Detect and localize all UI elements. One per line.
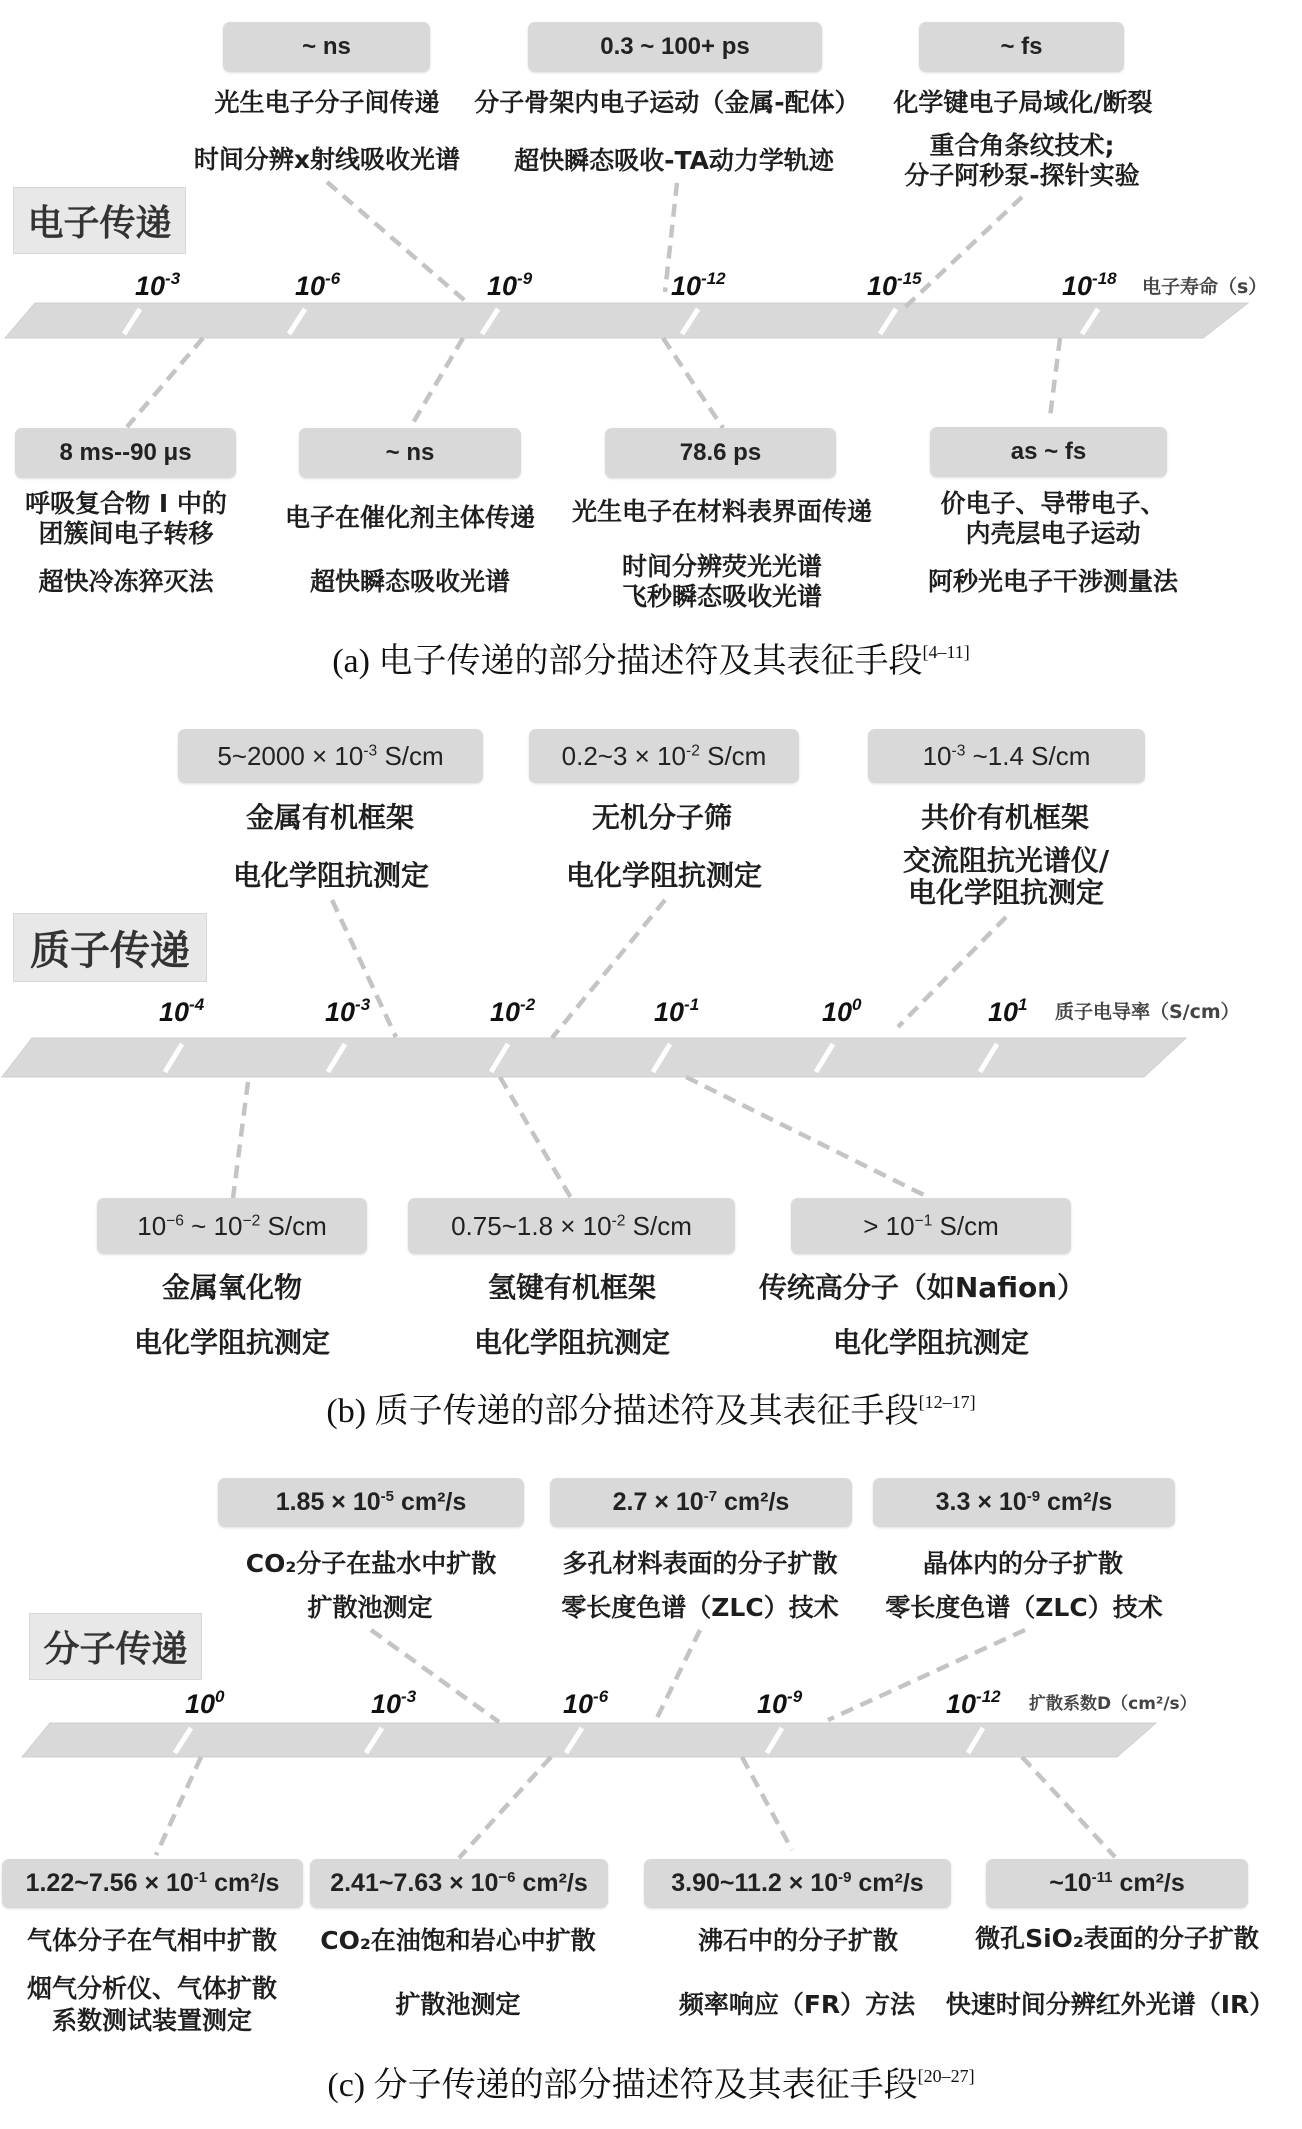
value-box: 3.90~11.2 × 10-9 cm²/s: [644, 1859, 951, 1908]
figure-caption: (c) 分子传递的部分描述符及其表征手段[20–27]: [0, 2066, 1302, 2106]
tick-exponent: -15: [897, 269, 922, 288]
process-description: 沸石中的分子扩散: [698, 1926, 898, 1956]
tick-base: 10: [988, 997, 1018, 1027]
characterization-method: 电化学阻抗测定: [566, 860, 762, 892]
caption-text: (c) 分子传递的部分描述符及其表征手段: [327, 2067, 917, 2104]
caption-reference: [4–11]: [922, 642, 969, 662]
tick-base: 10: [822, 997, 852, 1027]
process-description: CO₂在油饱和岩心中扩散: [320, 1926, 596, 1956]
description-line: 共价有机框架: [921, 802, 1089, 834]
process-description: 分子骨架内电子运动（金属-配体）: [474, 88, 859, 118]
axis-tick-label: 10-9: [757, 1691, 802, 1718]
value-box: 5~2000 × 10-3 S/cm: [178, 729, 483, 783]
characterization-method: 超快瞬态吸收光谱: [310, 567, 510, 597]
figure-caption: (a) 电子传递的部分描述符及其表征手段[4–11]: [0, 642, 1302, 682]
tick-base: 10: [563, 1689, 593, 1719]
value-unit: cm²/s: [516, 1869, 588, 1897]
value-unit: S/cm: [700, 741, 766, 771]
description-line: 晶体内的分子扩散: [923, 1549, 1123, 1579]
process-description: 化学键电子局域化/断裂: [893, 88, 1152, 118]
value-main: 5~2000 × 10: [217, 741, 363, 771]
value-text: 78.6 ps: [680, 439, 761, 467]
axis-tick-label: 10-6: [563, 1691, 608, 1718]
value-text: 8 ms--90 μs: [59, 439, 191, 467]
value-text: 10−6 ~ 10−2 S/cm: [137, 1211, 327, 1242]
method-line: 电化学阻抗测定: [833, 1327, 1029, 1359]
axis-unit-label: 电子寿命（s）: [1142, 276, 1267, 298]
tick-base: 10: [671, 271, 701, 301]
section-label: 分子传递: [29, 1613, 202, 1680]
tick-exponent: -6: [593, 1687, 608, 1706]
electron-axis: [5, 303, 1248, 338]
value-main: ~10: [1049, 1869, 1091, 1897]
description-line: 光生电子分子间传递: [214, 88, 439, 118]
value-box: > 10−1 S/cm: [791, 1198, 1071, 1254]
value-text: ~ fs: [1000, 33, 1042, 61]
value-unit: S/cm: [260, 1211, 326, 1241]
proton-axis: [2, 1038, 1186, 1077]
description-line: 团簇间电子转移: [25, 519, 227, 549]
method-line: 时间分辨荧光光谱: [622, 552, 822, 582]
tick-base: 10: [325, 997, 355, 1027]
value-text: 3.90~11.2 × 10-9 cm²/s: [671, 1869, 923, 1898]
value-exponent: -1: [194, 1869, 207, 1886]
value-main: 3.3 × 10: [936, 1488, 1027, 1516]
description-line: 无机分子筛: [592, 802, 732, 834]
tick-base: 10: [135, 271, 165, 301]
value-main: 2.7 × 10: [613, 1488, 704, 1516]
value-box: 10-3 ~1.4 S/cm: [868, 729, 1145, 783]
description-line: 沸石中的分子扩散: [698, 1926, 898, 1956]
axis-tick-label: 10-12: [946, 1691, 1001, 1718]
characterization-method: 时间分辨荧光光谱 飞秒瞬态吸收光谱: [622, 552, 822, 612]
value-text: 2.7 × 10-7 cm²/s: [613, 1488, 790, 1517]
value-text: ~10-11 cm²/s: [1049, 1869, 1185, 1898]
tick-exponent: -3: [165, 269, 180, 288]
connector-line: [1050, 338, 1060, 417]
tick-exponent: -2: [520, 995, 535, 1014]
value-box: ~ fs: [919, 22, 1124, 72]
value-text: as ~ fs: [1011, 438, 1086, 466]
caption-text: (a) 电子传递的部分描述符及其表征手段: [332, 643, 922, 680]
value-exponent: -7: [704, 1488, 717, 1505]
value-box: 3.3 × 10-9 cm²/s: [873, 1478, 1175, 1527]
method-line: 电化学阻抗测定: [903, 877, 1109, 909]
value-box: 1.22~7.56 × 10-1 cm²/s: [2, 1859, 303, 1908]
molecule-axis: [22, 1723, 1156, 1757]
tick-exponent: -12: [701, 269, 726, 288]
method-line: 电化学阻抗测定: [566, 860, 762, 892]
value-text: 1.22~7.56 × 10-1 cm²/s: [26, 1869, 280, 1898]
tick-exponent: 0: [215, 1687, 224, 1706]
axis-tick-label: 10-9: [487, 273, 532, 300]
tick-base: 10: [371, 1689, 401, 1719]
tick-exponent: -9: [787, 1687, 802, 1706]
value-text: > 10−1 S/cm: [863, 1211, 999, 1242]
description-line: 金属氧化物: [162, 1272, 302, 1304]
connector-line: [1022, 1757, 1115, 1857]
axis-tick-label: 101: [988, 999, 1028, 1026]
value-exponent: −1: [915, 1212, 933, 1229]
molecule-axis-bar: [22, 1723, 1156, 1757]
value-unit: cm²/s: [1113, 1869, 1185, 1897]
process-description: 晶体内的分子扩散: [923, 1549, 1123, 1579]
characterization-method: 扩散池测定: [395, 1990, 520, 2020]
value-exponent: -9: [1027, 1488, 1040, 1505]
connector-line: [127, 338, 203, 427]
material-description: 无机分子筛: [592, 802, 732, 834]
connector-line: [459, 1757, 551, 1858]
axis-unit-label: 质子电导率（S/cm）: [1055, 1001, 1240, 1023]
tick-base: 10: [946, 1689, 976, 1719]
connector-line: [742, 1757, 792, 1850]
axis-tick-label: 10-3: [325, 999, 370, 1026]
method-line: 时间分辨x射线吸收光谱: [194, 145, 460, 175]
material-description: 氢键有机框架: [488, 1272, 656, 1304]
value-text: 10-3 ~1.4 S/cm: [923, 741, 1091, 772]
value-exponent: -2: [612, 1212, 626, 1229]
value-box: 0.75~1.8 × 10-2 S/cm: [408, 1198, 735, 1254]
value-exponent: -9: [838, 1869, 851, 1886]
description-line: 光生电子在材料表界面传递: [572, 497, 872, 527]
value-box: as ~ fs: [930, 427, 1167, 477]
material-description: 金属有机框架: [246, 802, 414, 834]
connector-line: [686, 1077, 930, 1198]
description-line: CO₂分子在盐水中扩散: [246, 1549, 497, 1579]
value-exponent: -2: [686, 742, 700, 759]
connector-line: [156, 1757, 201, 1855]
characterization-method: 时间分辨x射线吸收光谱: [194, 145, 460, 175]
characterization-method: 超快冷冻猝灭法: [38, 567, 213, 597]
method-line: 超快冷冻猝灭法: [38, 567, 213, 597]
characterization-method: 电化学阻抗测定: [833, 1327, 1029, 1359]
connector-line: [655, 1630, 700, 1722]
characterization-method: 交流阻抗光谱仪/ 电化学阻抗测定: [903, 845, 1109, 909]
value-box: ~10-11 cm²/s: [986, 1859, 1248, 1908]
method-line: 电化学阻抗测定: [233, 860, 429, 892]
connector-line: [552, 900, 665, 1038]
axis-unit-label: 扩散系数D（cm²/s）: [1029, 1693, 1197, 1715]
process-description: 价电子、导带电子、 内壳层电子运动: [940, 489, 1165, 549]
axis-tick-label: 100: [822, 999, 862, 1026]
value-box: 0.2~3 × 10-2 S/cm: [529, 729, 799, 783]
value-text: ~ ns: [302, 33, 351, 61]
tick-base: 10: [487, 271, 517, 301]
value-box: 2.7 × 10-7 cm²/s: [550, 1478, 852, 1527]
characterization-method: 电化学阻抗测定: [233, 860, 429, 892]
tick-exponent: -6: [325, 269, 340, 288]
process-description: 光生电子分子间传递: [214, 88, 439, 118]
value-unit: cm²/s: [1040, 1488, 1112, 1516]
value-unit: cm²/s: [717, 1488, 789, 1516]
description-line: CO₂在油饱和岩心中扩散: [320, 1926, 596, 1956]
method-line: 扩散池测定: [307, 1593, 432, 1623]
axis-tick-label: 10-18: [1062, 273, 1117, 300]
value-unit: S/cm: [932, 1211, 998, 1241]
tick-exponent: -4: [189, 995, 204, 1014]
characterization-method: 零长度色谱（ZLC）技术: [885, 1593, 1162, 1623]
method-line: 快速时间分辨红外光谱（IR）: [946, 1990, 1275, 2020]
value-exponent: −6: [498, 1869, 515, 1886]
value-main: 3.90~11.2 × 10: [671, 1869, 838, 1897]
section-label: 电子传递: [13, 187, 186, 254]
tick-base: 10: [1062, 271, 1092, 301]
description-line: 呼吸复合物 I 中的: [25, 489, 227, 519]
method-line: 重合角条纹技术;: [904, 131, 1139, 161]
value-unit: S/cm: [377, 741, 443, 771]
connector-line: [233, 1082, 248, 1198]
value-box: 1.85 × 10-5 cm²/s: [218, 1478, 524, 1527]
figure-caption: (b) 质子传递的部分描述符及其表征手段[12–17]: [0, 1392, 1302, 1432]
tick-base: 10: [490, 997, 520, 1027]
value-text: 0.3 ~ 100+ ps: [600, 33, 749, 61]
description-line: 传统高分子（如Nafion）: [759, 1272, 1085, 1304]
axis-tick-label: 10-3: [135, 273, 180, 300]
tick-exponent: -1: [684, 995, 699, 1014]
characterization-method: 频率响应（FR）方法: [679, 1990, 915, 2020]
tick-base: 10: [295, 271, 325, 301]
value-main: 0.2~3 × 10: [562, 741, 686, 771]
material-description: 共价有机框架: [921, 802, 1089, 834]
value-main: 10: [137, 1211, 166, 1241]
method-line: 频率响应（FR）方法: [679, 1990, 915, 2020]
description-line: 气体分子在气相中扩散: [27, 1926, 277, 1956]
method-line: 零长度色谱（ZLC）技术: [561, 1593, 838, 1623]
tick-base: 10: [185, 1689, 215, 1719]
method-line: 分子阿秒泵-探针实验: [904, 161, 1139, 191]
value-unit: S/cm: [625, 1211, 691, 1241]
method-line: 电化学阻抗测定: [474, 1327, 670, 1359]
connector-line: [663, 338, 723, 428]
value-text: 0.75~1.8 × 10-2 S/cm: [451, 1211, 692, 1242]
tick-exponent: -18: [1092, 269, 1117, 288]
tick-exponent: -3: [401, 1687, 416, 1706]
value-unit: cm²/s: [851, 1869, 923, 1897]
characterization-method: 超快瞬态吸收-TA动力学轨迹: [514, 146, 834, 176]
connector-line: [500, 1077, 571, 1198]
description-line: 价电子、导带电子、: [940, 489, 1165, 519]
method-line: 扩散池测定: [395, 1990, 520, 2020]
process-description: 微孔SiO₂表面的分子扩散: [975, 1924, 1259, 1954]
electron-axis-bar: [5, 303, 1248, 338]
process-description: 光生电子在材料表界面传递: [572, 497, 872, 527]
method-line: 电化学阻抗测定: [134, 1327, 330, 1359]
process-description: 电子在催化剂主体传递: [285, 503, 535, 533]
axis-tick-label: 10-15: [867, 273, 922, 300]
value-box: 2.41~7.63 × 10−6 cm²/s: [310, 1859, 608, 1908]
value-box: 0.3 ~ 100+ ps: [528, 22, 822, 72]
section-label: 质子传递: [13, 913, 207, 982]
connector-line: [327, 182, 470, 305]
tick-base: 10: [867, 271, 897, 301]
caption-text: (b) 质子传递的部分描述符及其表征手段: [326, 1393, 918, 1430]
caption-reference: [20–27]: [918, 2066, 975, 2086]
tick-exponent: -3: [355, 995, 370, 1014]
characterization-method: 重合角条纹技术; 分子阿秒泵-探针实验: [904, 131, 1139, 191]
value-text: 1.85 × 10-5 cm²/s: [276, 1488, 467, 1517]
description-line: 微孔SiO₂表面的分子扩散: [975, 1924, 1259, 1954]
process-description: 气体分子在气相中扩散: [27, 1926, 277, 1956]
method-line: 超快瞬态吸收-TA动力学轨迹: [514, 146, 834, 176]
value-main: 1.85 × 10: [276, 1488, 381, 1516]
characterization-method: 电化学阻抗测定: [134, 1327, 330, 1359]
description-line: 内壳层电子运动: [940, 519, 1165, 549]
description-line: 化学键电子局域化/断裂: [893, 88, 1152, 118]
axis-tick-label: 10-6: [295, 273, 340, 300]
value-exponent: −6: [166, 1212, 184, 1229]
axis-tick-label: 10-3: [371, 1691, 416, 1718]
value-text: 3.3 × 10-9 cm²/s: [936, 1488, 1113, 1517]
characterization-method: 阿秒光电子干涉测量法: [928, 567, 1178, 597]
tick-exponent: 1: [1018, 995, 1027, 1014]
process-description: CO₂分子在盐水中扩散: [246, 1549, 497, 1579]
value-exponent: -5: [381, 1488, 394, 1505]
characterization-method: 零长度色谱（ZLC）技术: [561, 1593, 838, 1623]
process-description: 呼吸复合物 I 中的 团簇间电子转移: [25, 489, 227, 549]
characterization-method: 快速时间分辨红外光谱（IR）: [946, 1990, 1275, 2020]
description-line: 金属有机框架: [246, 802, 414, 834]
value-main: 1.22~7.56 × 10: [26, 1869, 194, 1897]
value-text: 0.2~3 × 10-2 S/cm: [562, 741, 767, 772]
characterization-method: 烟气分析仪、气体扩散 系数测试装置测定: [27, 1973, 277, 2037]
value-text: ~ ns: [386, 439, 435, 467]
tick-base: 10: [757, 1689, 787, 1719]
value-text: 5~2000 × 10-3 S/cm: [217, 741, 443, 772]
value-box: 78.6 ps: [605, 428, 836, 478]
value-unit: ~1.4 S/cm: [965, 741, 1090, 771]
value-main: 0.75~1.8 × 10: [451, 1211, 611, 1241]
value-box: 10−6 ~ 10−2 S/cm: [97, 1198, 367, 1254]
value-main: 10: [923, 741, 952, 771]
tick-exponent: 0: [852, 995, 861, 1014]
caption-reference: [12–17]: [919, 1392, 976, 1412]
description-line: 电子在催化剂主体传递: [285, 503, 535, 533]
axis-tick-label: 10-1: [654, 999, 699, 1026]
characterization-method: 扩散池测定: [307, 1593, 432, 1623]
value-mid: ~ 10: [184, 1211, 243, 1241]
figure-canvas: ~ ns 0.3 ~ 100+ ps ~ fs 光生电子分子间传递 分子骨架内电…: [0, 0, 1302, 2129]
value-box: ~ ns: [299, 428, 521, 478]
value-main: > 10: [863, 1211, 914, 1241]
value-main: 2.41~7.63 × 10: [330, 1869, 498, 1897]
axis-tick-label: 10-4: [159, 999, 204, 1026]
material-description: 金属氧化物: [162, 1272, 302, 1304]
description-line: 氢键有机框架: [488, 1272, 656, 1304]
method-line: 飞秒瞬态吸收光谱: [622, 582, 822, 612]
process-description: 多孔材料表面的分子扩散: [562, 1549, 837, 1579]
description-line: 分子骨架内电子运动（金属-配体）: [474, 88, 859, 118]
tick-exponent: -9: [517, 269, 532, 288]
diagram-shapes: [0, 0, 1302, 2129]
axis-tick-label: 10-2: [490, 999, 535, 1026]
method-line: 烟气分析仪、气体扩散: [27, 1973, 277, 2005]
method-line: 系数测试装置测定: [27, 2005, 277, 2037]
value-box: 8 ms--90 μs: [15, 428, 236, 478]
tick-base: 10: [654, 997, 684, 1027]
value-exponent: -3: [363, 742, 377, 759]
value-exponent: -11: [1092, 1869, 1113, 1886]
connector-line: [410, 338, 463, 428]
method-line: 交流阻抗光谱仪/: [903, 845, 1109, 877]
method-line: 零长度色谱（ZLC）技术: [885, 1593, 1162, 1623]
tick-base: 10: [159, 997, 189, 1027]
value-text: 2.41~7.63 × 10−6 cm²/s: [330, 1869, 588, 1898]
axis-tick-label: 10-12: [671, 273, 726, 300]
material-description: 传统高分子（如Nafion）: [759, 1272, 1085, 1304]
description-line: 多孔材料表面的分子扩散: [562, 1549, 837, 1579]
value-box: ~ ns: [223, 22, 430, 72]
method-line: 超快瞬态吸收光谱: [310, 567, 510, 597]
tick-exponent: -12: [976, 1687, 1001, 1706]
axis-tick-label: 100: [185, 1691, 225, 1718]
value-exponent: -3: [952, 742, 966, 759]
value-unit: cm²/s: [207, 1869, 279, 1897]
value-exponent: −2: [243, 1212, 261, 1229]
method-line: 阿秒光电子干涉测量法: [928, 567, 1178, 597]
characterization-method: 电化学阻抗测定: [474, 1327, 670, 1359]
value-unit: cm²/s: [394, 1488, 466, 1516]
